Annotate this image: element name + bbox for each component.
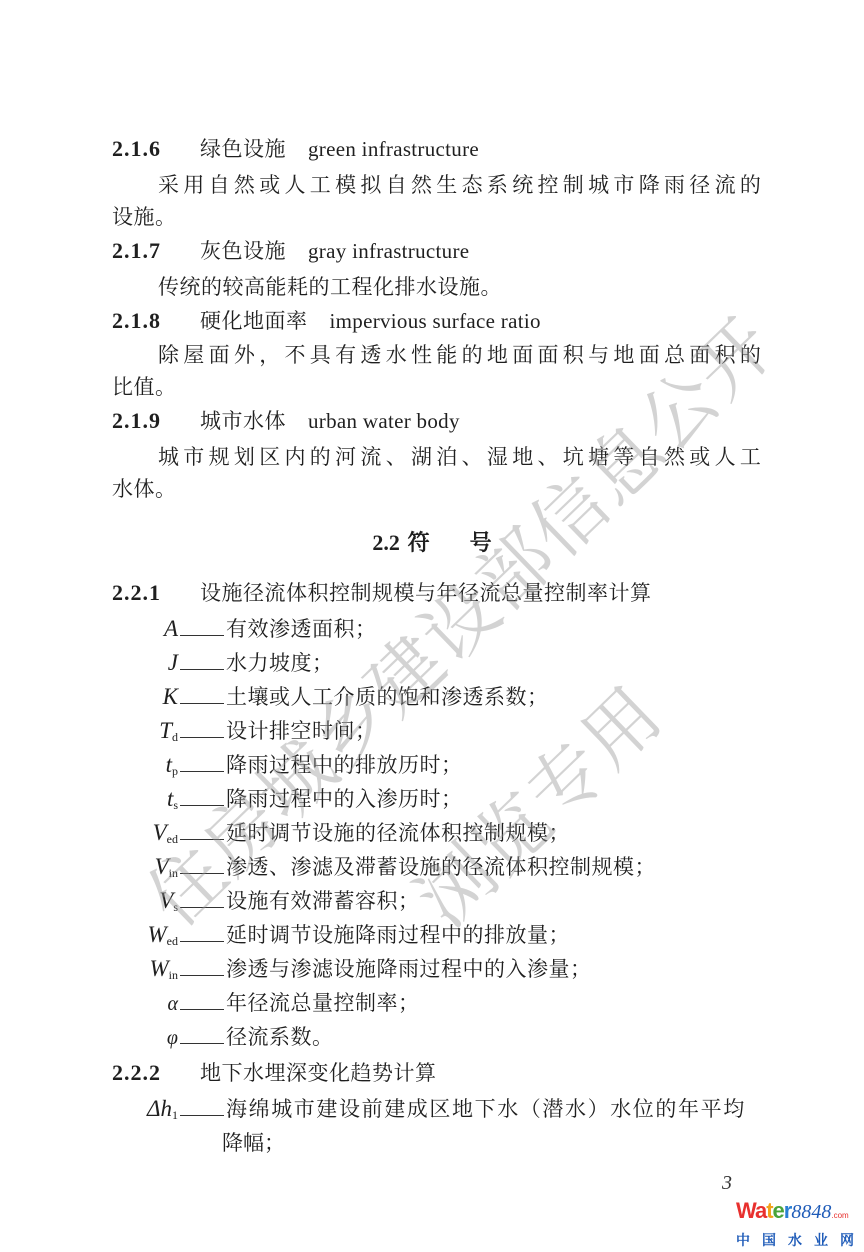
symbol-row: α年径流总量控制率； [90,988,420,1024]
section-title-char: 号 [470,530,492,556]
symbol-description: 渗透、渗滤及滞蓄设施的径流体积控制规模； [226,852,656,882]
symbol: Td [90,716,178,752]
em-dash [180,635,224,636]
em-dash [180,907,224,908]
term-zh: 硬化地面率 [200,309,308,333]
symbol-description: 设计排空时间； [226,716,377,746]
subsection-heading-2-2-2: 2.2.2地下水埋深变化趋势计算 [112,1058,437,1088]
water8848-logo: Water8848.com 中国水业网 [736,1200,856,1250]
term-number: 2.1.9 [112,406,200,436]
symbol-description: 降雨过程中的入渗历时； [226,784,463,814]
page-number: 3 [722,1172,732,1195]
symbol-row: A有效渗透面积； [90,614,377,650]
term-definition-cont: 设施。 [112,202,177,232]
symbol-row: Vin渗透、渗滤及滞蓄设施的径流体积控制规模； [90,852,656,888]
symbol: K [90,682,178,718]
em-dash [180,941,224,942]
em-dash [180,805,224,806]
symbol-row: J水力坡度； [90,648,334,684]
symbol-description: 径流系数。 [226,1022,334,1052]
em-dash [180,975,224,976]
symbol-description: 水力坡度； [226,648,334,678]
em-dash [180,839,224,840]
symbol-description: 年径流总量控制率； [226,988,420,1018]
symbol: Δh1 [90,1094,178,1130]
symbol: ts [90,784,178,820]
logo-chinese-name: 中国水业网 [736,1230,856,1250]
symbol-description: 土壤或人工介质的饱和渗透系数； [226,682,549,712]
symbol-row: Win渗透与渗滤设施降雨过程中的入渗量； [90,954,592,990]
subsection-number: 2.2.1 [112,578,200,608]
symbol-row: K土壤或人工介质的饱和渗透系数； [90,682,549,718]
symbol-row: Td设计排空时间； [90,716,377,752]
symbol-description: 海绵城市建设前建成区地下水（潜水）水位的年平均 [226,1094,746,1124]
term-number: 2.1.7 [112,236,200,266]
symbol-row: Δh1海绵城市建设前建成区地下水（潜水）水位的年平均 [90,1094,746,1130]
symbol-description: 延时调节设施降雨过程中的排放量； [226,920,570,950]
symbol-description: 设施有效滞蓄容积； [226,886,420,916]
term-zh: 灰色设施 [200,239,286,263]
symbol-description: 渗透与渗滤设施降雨过程中的入渗量； [226,954,592,984]
term-heading-2-1-9: 2.1.9城市水体urban water body [112,406,460,436]
symbol: φ [90,1023,178,1058]
em-dash [180,669,224,670]
term-en: gray infrastructure [308,239,469,263]
term-definition: 采用自然或人工模拟自然生态系统控制城市降雨径流的 [158,170,765,200]
term-number: 2.1.6 [112,134,200,164]
symbol: Vin [90,852,178,888]
logo-wordmark: Water8848.com [736,1200,856,1227]
term-en: green infrastructure [308,137,479,161]
subsection-title: 设施径流体积控制规模与年径流总量控制率计算 [200,581,652,605]
term-en: impervious surface ratio [330,309,541,333]
term-heading-2-1-6: 2.1.6绿色设施green infrastructure [112,134,479,164]
symbol-row: Vs设施有效滞蓄容积； [90,886,420,922]
subsection-heading-2-2-1: 2.2.1设施径流体积控制规模与年径流总量控制率计算 [112,578,652,608]
term-number: 2.1.8 [112,306,200,336]
section-title: 2.2 符号 [0,528,864,558]
term-definition: 传统的较高能耗的工程化排水设施。 [158,272,502,302]
document-page: 2.1.6绿色设施green infrastructure 采用自然或人工模拟自… [0,0,864,1252]
em-dash [180,1043,224,1044]
symbol: Wed [90,920,178,956]
symbol: tp [90,750,178,786]
em-dash [180,737,224,738]
symbol-description: 延时调节设施的径流体积控制规模； [226,818,570,848]
term-definition-cont: 比值。 [112,372,177,402]
symbol-description-cont: 降幅； [222,1128,285,1158]
term-en: urban water body [308,409,460,433]
em-dash [180,1009,224,1010]
em-dash [180,873,224,874]
symbol: A [90,614,178,650]
symbol-row: Ved延时调节设施的径流体积控制规模； [90,818,570,854]
term-heading-2-1-8: 2.1.8硬化地面率impervious surface ratio [112,306,541,336]
term-definition-cont: 水体。 [112,474,177,504]
symbol: J [90,648,178,684]
symbol-description: 有效渗透面积； [226,614,377,644]
subsection-number: 2.2.2 [112,1058,200,1088]
symbol-row: tp降雨过程中的排放历时； [90,750,463,786]
symbol-row: φ径流系数。 [90,1022,334,1058]
term-heading-2-1-7: 2.1.7灰色设施gray infrastructure [112,236,469,266]
em-dash [180,771,224,772]
term-zh: 绿色设施 [200,137,286,161]
symbol: Win [90,954,178,990]
section-number: 2.2 [372,530,400,555]
symbol-row: Wed延时调节设施降雨过程中的排放量； [90,920,570,956]
term-definition: 城市规划区内的河流、湖泊、湿地、坑塘等自然或人工 [158,442,765,472]
symbol-description: 降雨过程中的排放历时； [226,750,463,780]
symbol: Vs [90,886,178,922]
symbol: Ved [90,818,178,854]
section-title-char: 符 [408,530,430,556]
em-dash [180,1115,224,1116]
subsection-title: 地下水埋深变化趋势计算 [200,1061,437,1085]
term-zh: 城市水体 [200,409,286,433]
term-definition: 除屋面外，不具有透水性能的地面面积与地面总面积的 [158,340,765,370]
symbol: α [90,989,178,1024]
symbol-row: ts降雨过程中的入渗历时； [90,784,463,820]
em-dash [180,703,224,704]
